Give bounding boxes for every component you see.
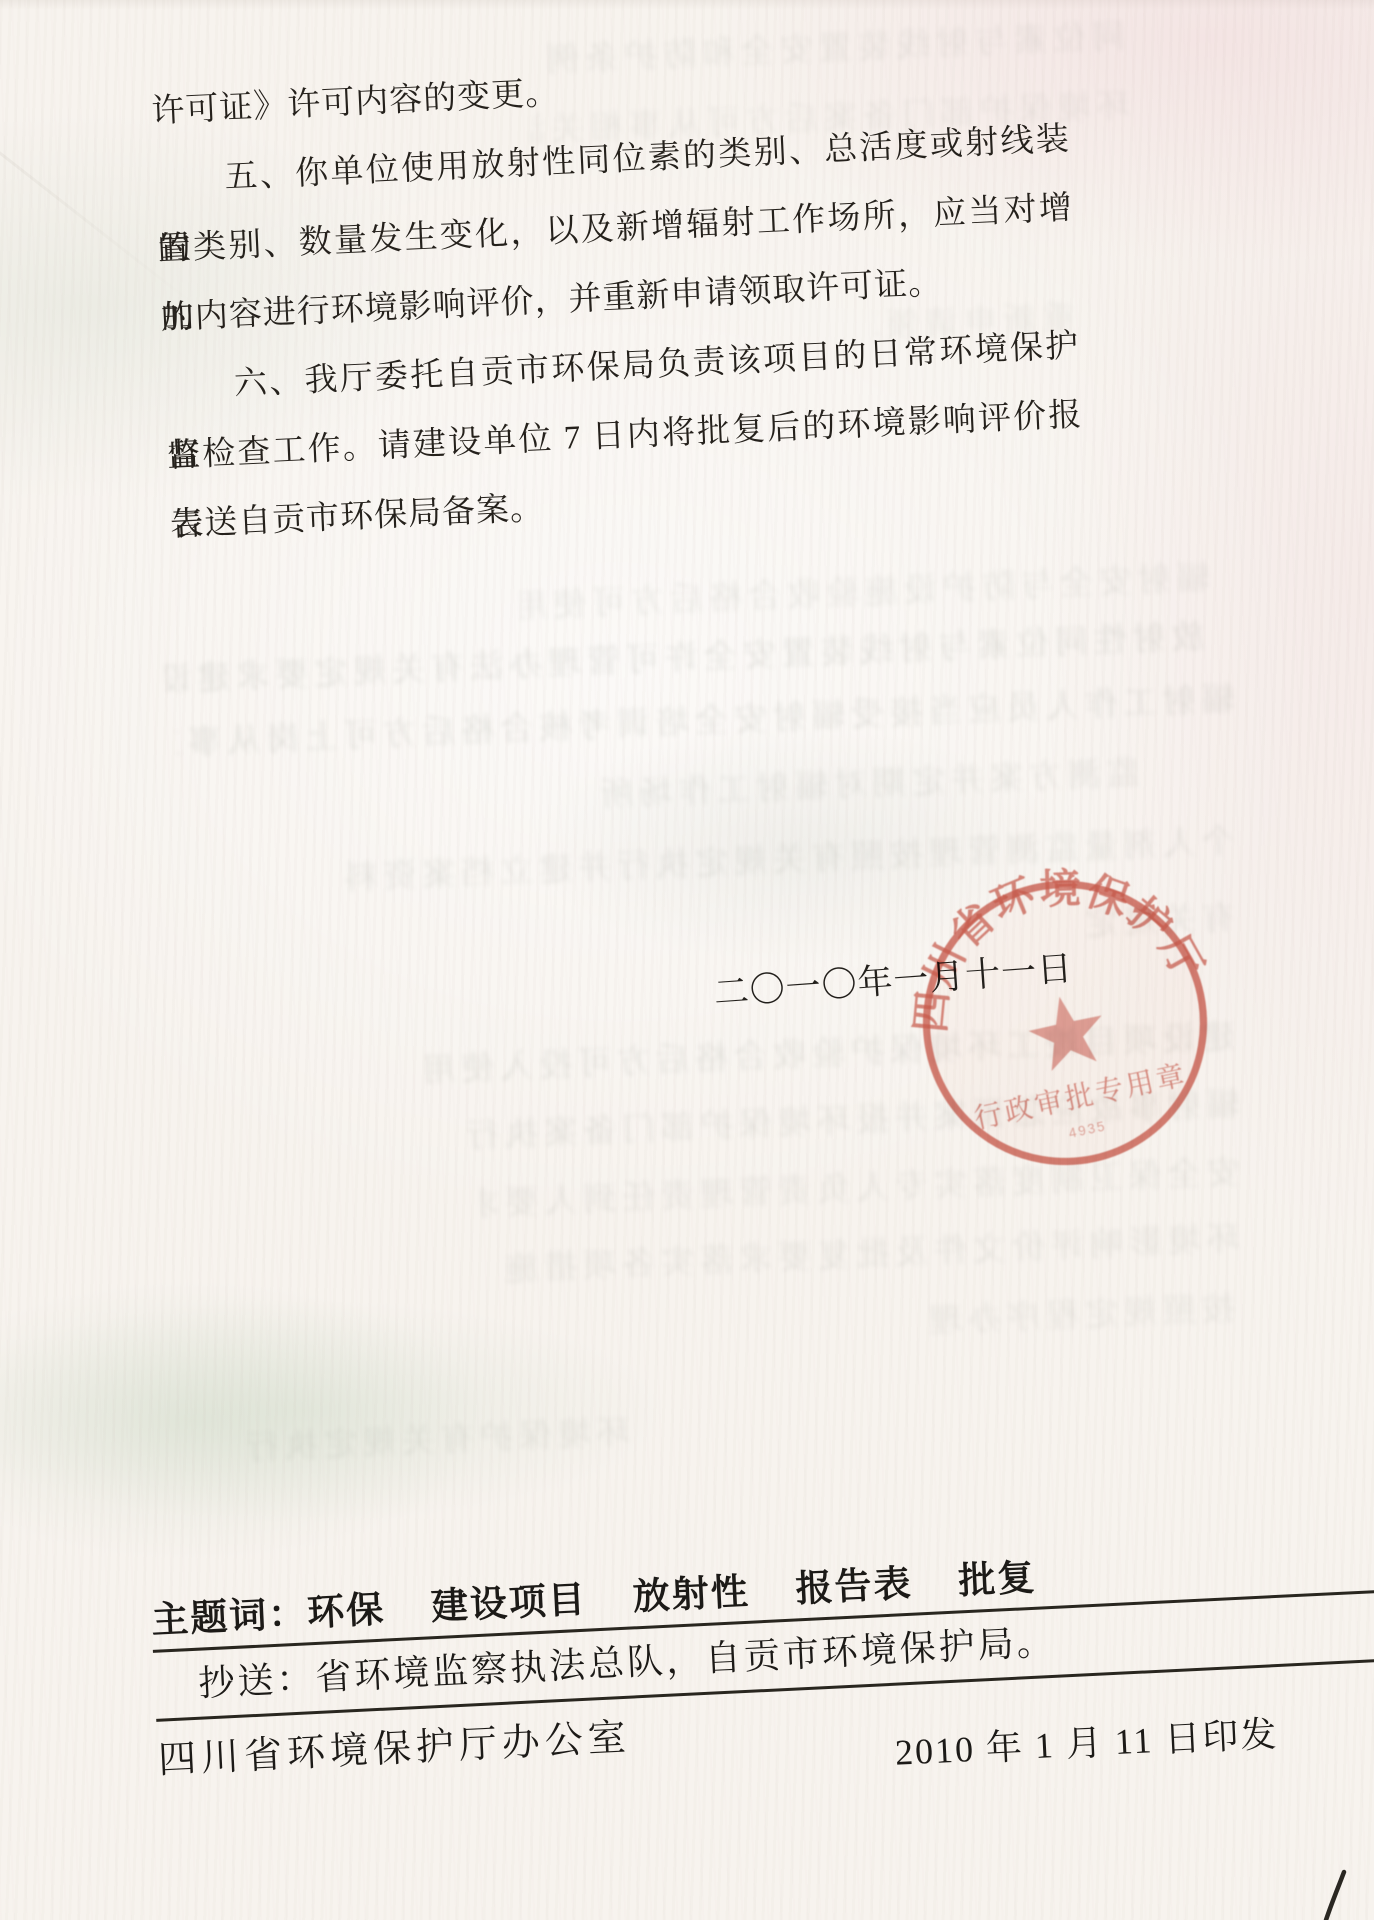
keyword-term: 环保 [306, 1589, 386, 1634]
keyword-term: 放射性 [632, 1571, 751, 1618]
bleedthrough-line: 监测方案并定期对辐射工作场所进行检测 [594, 747, 1140, 817]
keyword-term: 批复 [957, 1557, 1037, 1602]
issuer-office: 四川省环境保护厅办公室 [157, 1711, 632, 1788]
bleedthrough-line: 按照规定程序办理 [864, 1282, 1236, 1344]
letter-body: 许可证》许可内容的变更。五、你单位使用放射性同位素的类别、总活度或射线装置的类别… [150, 36, 1087, 560]
bleedthrough-line: 环境保护有关规定执行 [199, 1406, 631, 1471]
keyword-term: 报告表 [795, 1563, 914, 1610]
keyword-term: 建设项目 [430, 1579, 588, 1628]
official-seal: 四川省环境保护厅 行政审批专用章 4935 [881, 839, 1249, 1207]
document-page: 同位素与射线装置安全和防护条例规定办理环境保护部门备案后方可从事相关活动要求重新… [0, 0, 1374, 1920]
keywords-label: 主题词： [150, 1592, 308, 1641]
bleedthrough-line: 环境影响评价文件及批复要求落实各项措施 [494, 1212, 1240, 1290]
handwritten-page-mark [1306, 1860, 1366, 1920]
cc-label: 抄送： [198, 1658, 317, 1704]
